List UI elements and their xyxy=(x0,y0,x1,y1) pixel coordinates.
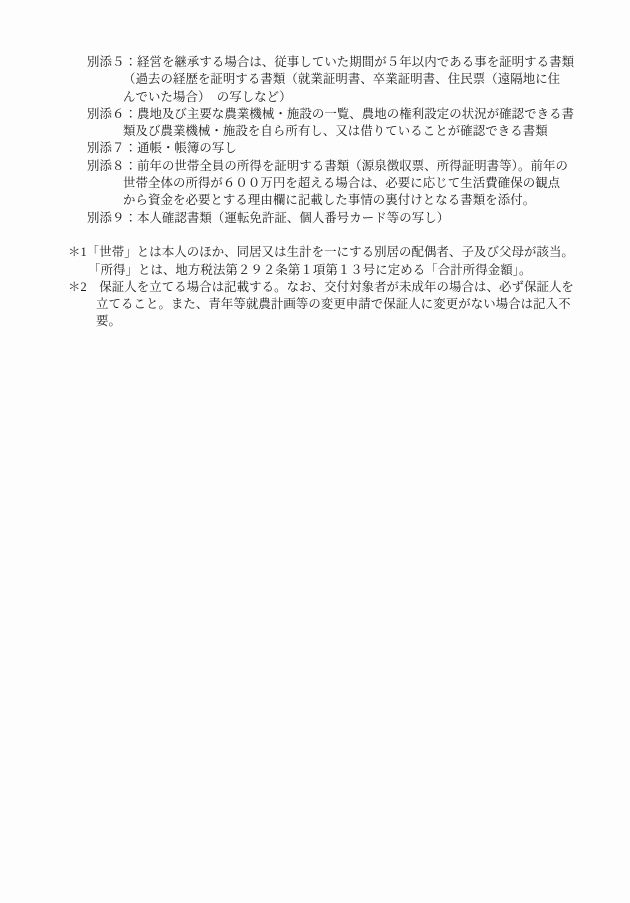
footnote-2-line-1: ＊2 保証人を立てる場合は記載する。なお、交付対象者が未成年の場合は、必ず保証人… xyxy=(68,279,614,296)
footnote-1-line-2: 「所得」とは、地方税法第２９２条第１項第１３号に定める「合計所得金額」。 xyxy=(68,262,614,279)
attachment-8-line-1: 別添８：前年の世帯全員の所得を証明する書類（源泉徴収票、所得証明書等）。前年の xyxy=(68,158,614,175)
footnote-2-line-3: 要。 xyxy=(68,313,614,330)
footnote-1-line-1: ＊1「世帯」とは本人のほか、同居又は生計を一にする別居の配偶者、子及び父母が該当… xyxy=(68,244,614,261)
attachment-6-line-1: 別添６：農地及び主要な農業機械・施設の一覧、農地の権利設定の状況が確認できる書 xyxy=(68,106,614,123)
attachment-7-line-1: 別添７：通帳・帳簿の写し xyxy=(68,140,614,157)
attachment-5-line-1: 別添５：経営を継承する場合は、従事していた期間が５年以内である事を証明する書類 xyxy=(68,54,614,71)
footnote-2-line-2: 立てること。また、青年等就農計画等の変更申請で保証人に変更がない場合は記入不 xyxy=(68,296,614,313)
attachment-9-line-1: 別添９：本人確認書類（運転免許証、個人番号カード等の写し） xyxy=(68,210,614,227)
attachment-list: 別添５：経営を継承する場合は、従事していた期間が５年以内である事を証明する書類 … xyxy=(68,54,614,227)
attachment-5-line-3: んでいた場合） の写しなど） xyxy=(68,89,614,106)
footnote-list: ＊1「世帯」とは本人のほか、同居又は生計を一にする別居の配偶者、子及び父母が該当… xyxy=(68,244,614,330)
attachment-6-line-2: 類及び農業機械・施設を自ら所有し、又は借りていることが確認できる書類 xyxy=(68,123,614,140)
attachment-8-line-2: 世帯全体の所得が６００万円を超える場合は、必要に応じて生活費確保の観点 xyxy=(68,175,614,192)
attachment-5-line-2: （過去の経歴を証明する書類（就業証明書、卒業証明書、住民票（遠隔地に住 xyxy=(68,71,614,88)
document-text-block: 別添５：経営を継承する場合は、従事していた期間が５年以内である事を証明する書類 … xyxy=(68,54,614,331)
document-page: 別添５：経営を継承する場合は、従事していた期間が５年以内である事を証明する書類 … xyxy=(0,0,630,903)
attachment-8-line-3: から資金を必要とする理由欄に記載した事情の裏付けとなる書類を添付。 xyxy=(68,192,614,209)
